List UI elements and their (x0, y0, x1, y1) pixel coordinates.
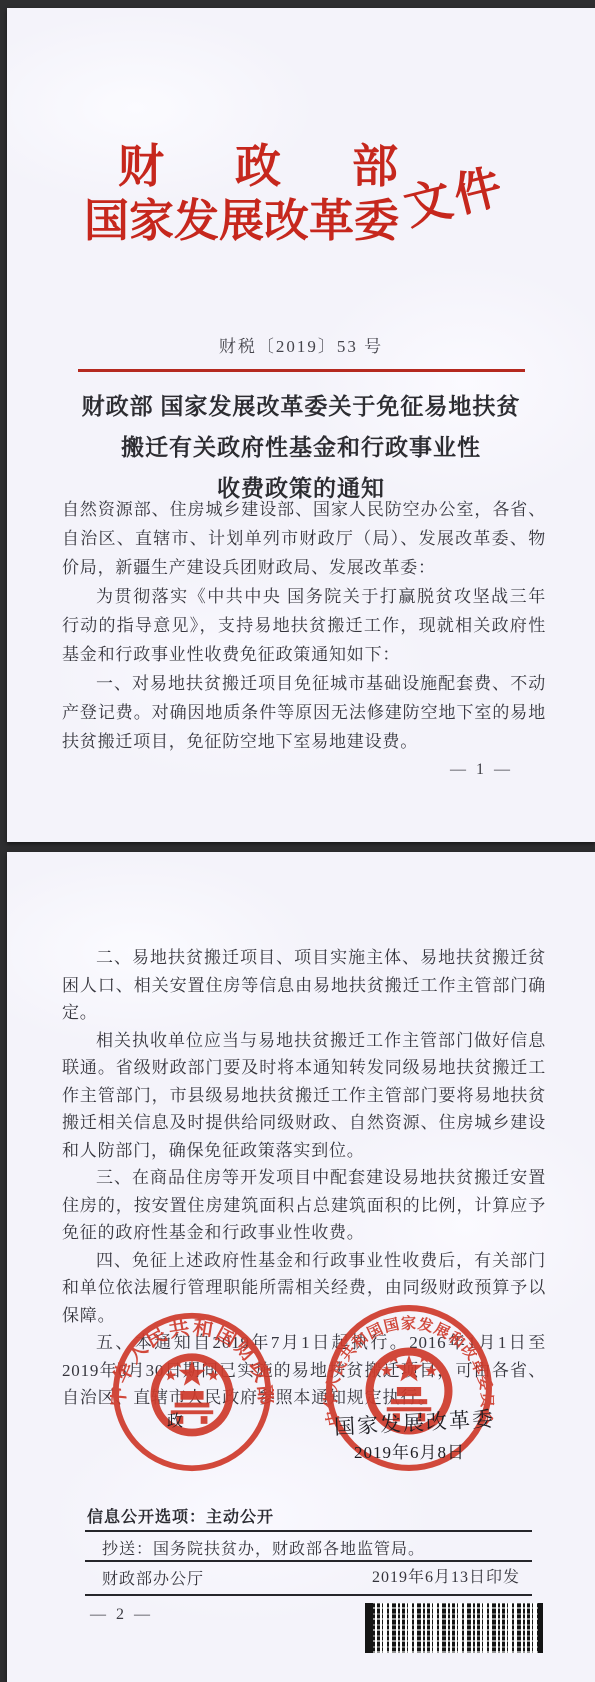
document-page-1: 财 政 部 国家发展改革委 文件 财税〔2019〕53 号 财政部 国家发展改革… (7, 8, 595, 842)
national-emblem-icon (154, 1357, 229, 1432)
title-line-1: 财政部 国家发展改革委关于免征易地扶贫 (47, 386, 555, 427)
body-paragraph: 相关执收单位应当与易地扶贫搬迁工作主管部门做好信息联通。省级财政部门要及时将本通… (62, 1027, 546, 1165)
body-paragraph: 一、对易地扶贫搬迁项目免征城市基础设施配套费、不动产登记费。对确因地质条件等原因… (62, 669, 546, 756)
footer-divider (85, 1560, 532, 1562)
body-paragraph: 二、易地扶贫搬迁项目、项目实施主体、易地扶贫搬迁贫困人口、相关安置住房等信息由易… (62, 944, 546, 1027)
disclosure-option: 信息公开选项：主动公开 (87, 1504, 274, 1527)
issuing-office: 财政部办公厅 (102, 1566, 204, 1589)
document-number: 财税〔2019〕53 号 (7, 332, 595, 357)
print-date: 2019年6月13日印发 (372, 1564, 520, 1587)
document-title: 财政部 国家发展改革委关于免征易地扶贫 搬迁有关政府性基金和行政事业性 收费政策… (47, 386, 555, 509)
page-number-1: — 1 — (450, 761, 513, 779)
scanned-document: 财 政 部 国家发展改革委 文件 财税〔2019〕53 号 财政部 国家发展改革… (0, 0, 595, 1682)
ministry-of-finance-seal-icon: 中华人民共和国财政部 (110, 1310, 274, 1474)
body-paragraph: 三、在商品住房等开发项目中配套建设易地扶贫搬迁安置住房的，按安置住房建筑面积占总… (62, 1164, 546, 1247)
page-number-2: — 2 — (90, 1606, 153, 1624)
page1-body: 自然资源部、住房城乡建设部、国家人民防空办公室，各省、自治区、直辖市、计划单列市… (62, 495, 546, 756)
document-page-2: 二、易地扶贫搬迁项目、项目实施主体、易地扶贫搬迁贫困人口、相关安置住房等信息由易… (7, 852, 595, 1682)
agency-name-line2: 国家发展改革委 (84, 184, 410, 249)
seal-overlap-text: 政 (167, 1408, 183, 1431)
body-paragraph: 为贯彻落实《中共中央 国务院关于打赢脱贫攻坚战三年行动的指导意见》，支持易地扶贫… (62, 582, 546, 669)
barcode (365, 1603, 543, 1653)
addressee-paragraph: 自然资源部、住房城乡建设部、国家人民防空办公室，各省、自治区、直辖市、计划单列市… (62, 495, 546, 582)
document-type-mark: 文件 (396, 149, 511, 239)
title-line-2: 搬迁有关政府性基金和行政事业性 (47, 427, 555, 468)
footer-divider (85, 1594, 532, 1596)
cc-line: 抄送：国务院扶贫办，财政部各地监管局。 (102, 1536, 425, 1559)
signing-date: 2019年6月8日 (354, 1438, 465, 1463)
footer-divider (85, 1530, 532, 1532)
red-divider-rule (78, 369, 525, 372)
